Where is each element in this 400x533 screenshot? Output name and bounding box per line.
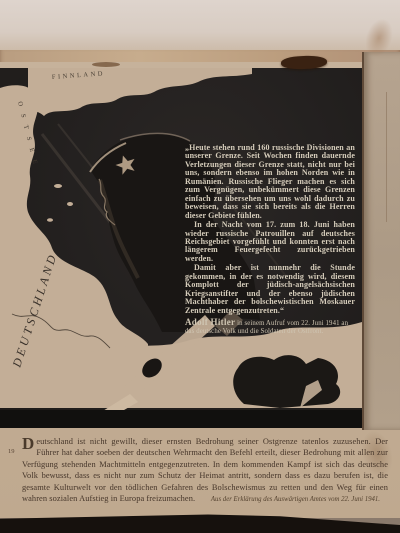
quote-attribution: Adolf Hitler in seinem Aufruf vom 22. Ju… bbox=[185, 319, 355, 335]
magazine-photo: FINNLAND OSTSEE DEUTSCHLAND „Heute stehe… bbox=[0, 0, 400, 533]
footer-paragraph: Deutschland ist nicht gewillt, dieser er… bbox=[22, 436, 388, 504]
drop-cap: D bbox=[22, 437, 34, 451]
adjacent-page-edge bbox=[362, 52, 400, 430]
quote-paragraph: Damit aber ist nunmehr die Stunde gekomm… bbox=[185, 264, 355, 315]
page-number: 19 bbox=[8, 448, 15, 455]
quote-paragraph: „Heute stehen rund 160 russische Divisio… bbox=[185, 144, 355, 220]
source-line: Aus der Erklärung des Auswärtigen Amtes … bbox=[120, 496, 380, 503]
footer-body: eutschland ist nicht gewillt, dieser ern… bbox=[22, 437, 388, 503]
island bbox=[54, 184, 62, 188]
black-sea bbox=[233, 355, 340, 408]
attribution-name: Adolf Hitler bbox=[185, 317, 235, 327]
tear-stain-small bbox=[92, 62, 120, 67]
illustration-bottom-bar bbox=[0, 410, 362, 428]
island bbox=[47, 218, 53, 222]
paper-crack bbox=[386, 92, 387, 222]
island bbox=[67, 202, 73, 206]
quote-paragraph: In der Nacht vom 17. zum 18. Juni haben … bbox=[185, 221, 355, 263]
print-block: FINNLAND OSTSEE DEUTSCHLAND „Heute stehe… bbox=[0, 68, 362, 428]
quote-block: „Heute stehen rund 160 russische Divisio… bbox=[185, 144, 355, 335]
